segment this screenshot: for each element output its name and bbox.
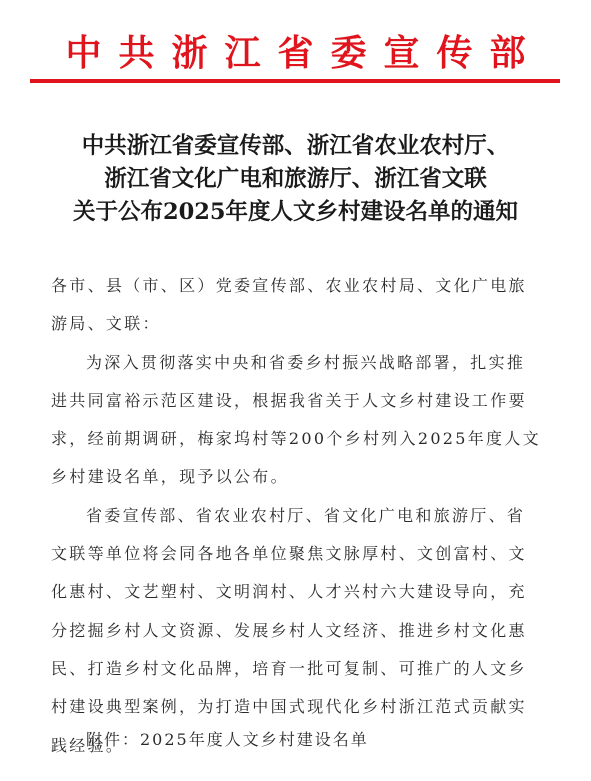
paragraph-1: 为深入贯彻落实中央和省委乡村振兴战略部署，扎实推进共同富裕示范区建设，根据我省关…	[51, 344, 541, 497]
masthead: 中共浙江省委宣传部	[0, 30, 591, 78]
document-title-line-3: 关于公布2025年度人文乡村建设名单的通知	[0, 196, 591, 229]
document-title-line-1: 中共浙江省委宣传部、浙江省农业农村厅、	[0, 130, 591, 163]
document-title: 中共浙江省委宣传部、浙江省农业农村厅、 浙江省文化广电和旅游厅、浙江省文联 关于…	[0, 130, 591, 229]
masthead-title: 中共浙江省委宣传部	[0, 30, 591, 78]
document-body: 各市、县（市、区）党委宣传部、农业农村局、文化广电旅游局、文联： 为深入贯彻落实…	[51, 267, 541, 765]
paragraph-2: 省委宣传部、省农业农村厅、省文化广电和旅游厅、省文联等单位将会同各地各单位聚焦文…	[51, 497, 541, 765]
masthead-red-rule	[30, 79, 560, 83]
document-title-line-2: 浙江省文化广电和旅游厅、浙江省文联	[0, 163, 591, 196]
addressee: 各市、县（市、区）党委宣传部、农业农村局、文化广电旅游局、文联：	[51, 267, 541, 344]
attachment-note: 附件：2025年度人文乡村建设名单	[86, 727, 369, 750]
